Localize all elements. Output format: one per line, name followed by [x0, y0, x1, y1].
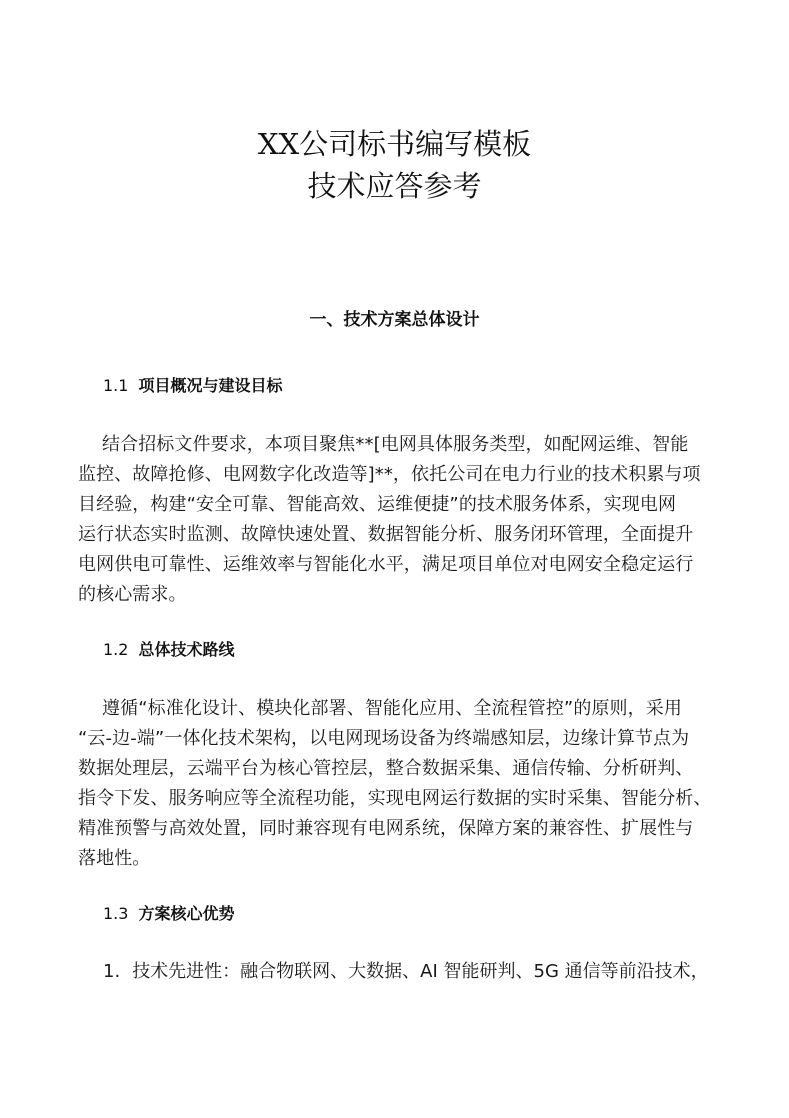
document-page: XX公司标书编写模板 技术应答参考 一、技术方案总体设计 1.1项目概况与建设目… [0, 0, 789, 1118]
paragraph-line: 数据处理层，云端平台为核心管控层，整合数据采集、通信传输、分析研判、 [78, 754, 712, 784]
paragraph-line: 结合招标文件要求，本项目聚焦**[电网具体服务类型，如配网运维、智能 [78, 430, 712, 460]
paragraph-line: 遵循“标准化设计、模块化部署、智能化应用、全流程管控”的原则，采用 [78, 694, 712, 724]
subsection-title: 方案核心优势 [138, 904, 234, 923]
paragraph-line: 目经验，构建“安全可靠、智能高效、运维便捷”的技术服务体系，实现电网 [78, 490, 712, 520]
paragraph-line: 运行状态实时监测、故障快速处置、数据智能分析、服务闭环管理，全面提升 [78, 520, 712, 550]
list-item-number: 1. [103, 961, 120, 982]
advantage-list-item: 1.技术先进性：融合物联网、大数据、AI 智能研判、5G 通信等前沿技术， [103, 957, 723, 987]
paragraph-project-overview: 结合招标文件要求，本项目聚焦**[电网具体服务类型，如配网运维、智能 监控、故障… [78, 430, 712, 610]
subsection-number: 1.3 [103, 904, 128, 923]
paragraph-line: 指令下发、服务响应等全流程功能，实现电网运行数据的实时采集、智能分析、 [78, 784, 712, 814]
paragraph-line: 监控、故障抢修、电网数字化改造等]**，依托公司在电力行业的技术积累与项 [78, 460, 712, 490]
paragraph-technical-route: 遵循“标准化设计、模块化部署、智能化应用、全流程管控”的原则，采用 “云-边-端… [78, 694, 712, 874]
document-title: XX公司标书编写模板 [0, 124, 789, 164]
subsection-heading-1-2: 1.2总体技术路线 [103, 638, 234, 662]
subsection-heading-1-1: 1.1项目概况与建设目标 [103, 374, 282, 398]
paragraph-line: “云-边-端”一体化技术架构，以电网现场设备为终端感知层，边缘计算节点为 [78, 724, 712, 754]
subsection-heading-1-3: 1.3方案核心优势 [103, 902, 234, 926]
list-item-text: 技术先进性：融合物联网、大数据、AI 智能研判、5G 通信等前沿技术， [132, 961, 708, 982]
document-subtitle: 技术应答参考 [0, 166, 789, 206]
section-heading: 一、技术方案总体设计 [0, 308, 789, 332]
paragraph-line: 落地性。 [78, 844, 712, 874]
paragraph-line: 的核心需求。 [78, 580, 712, 610]
subsection-number: 1.2 [103, 640, 128, 659]
paragraph-line: 精准预警与高效处置，同时兼容现有电网系统，保障方案的兼容性、扩展性与 [78, 814, 712, 844]
subsection-title: 项目概况与建设目标 [138, 376, 282, 395]
paragraph-line: 电网供电可靠性、运维效率与智能化水平，满足项目单位对电网安全稳定运行 [78, 550, 712, 580]
subsection-title: 总体技术路线 [138, 640, 234, 659]
subsection-number: 1.1 [103, 376, 128, 395]
